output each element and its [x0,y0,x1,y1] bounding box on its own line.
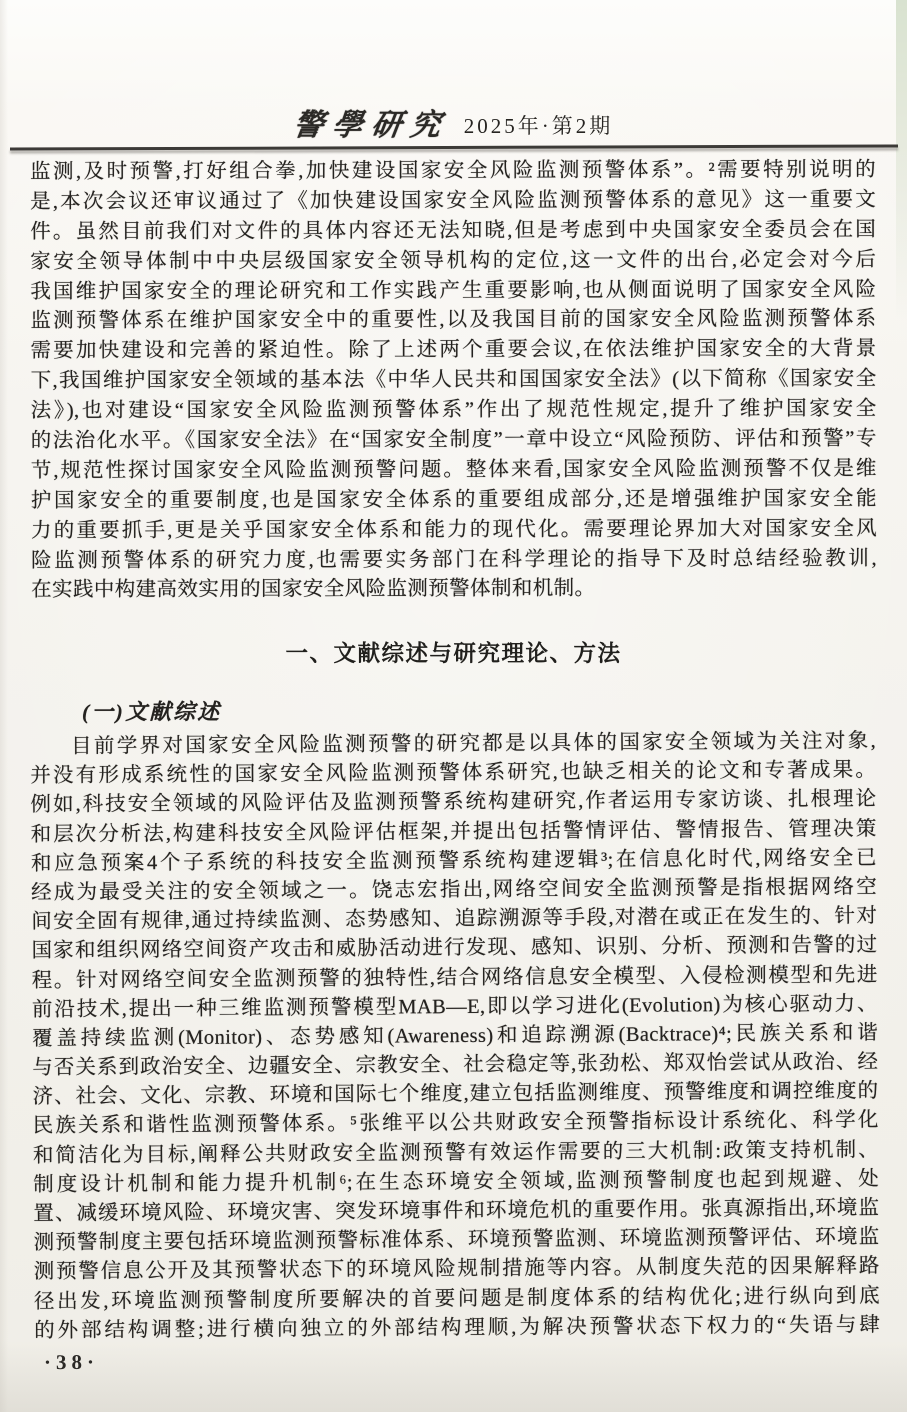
text-line: 的外部结构调整;进行横向独立的外部结构理顺,为解决预警状态下权力的“失语与肆 [34,1311,880,1346]
text-line: 监测,及时预警,打好组合拳,加快建设国家安全风险监测预警体系”。²需要特别说明的 [30,156,876,188]
text-line: 件。虽然目前我们对文件的具体内容还无法知晓,但是考虑到中央国家安全委员会在国 [30,216,876,248]
text-line: 需要加快建设和完善的紧迫性。除了上述两个重要会议,在依法维护国家安全的大背景 [30,335,876,367]
header-rule [10,144,898,150]
body-paragraph-continuation: 监测,及时预警,打好组合拳,加快建设国家安全风险监测预警体系”。²需要特别说明的… [30,156,877,607]
page-number: ·38· [44,1350,99,1375]
journal-title: 警學研究 [291,100,453,144]
text-line: 力的重要抓手,更是关乎国家安全体系和能力的现代化。需要理论界加大对国家安全风 [31,514,877,546]
text-line: 节,规范性探讨国家安全风险监测预警问题。整体来看,国家安全风险监测预警不仅是维 [31,455,877,487]
text-line: 在实践中构建高效实用的国家安全风险监测预警体制和机制。 [31,574,877,606]
text-line: 我国维护国家安全的理论研究和工作实践产生重要影响,也从侧面说明了国家安全风险 [30,275,876,307]
text-line: 监测预警体系在维护国家安全中的重要性,以及我国目前的国家安全风险监测预警体系 [30,305,876,337]
text-line: 家安全领导体制中中央层级国家安全领导机构的定位,这一文件的出台,必定会对今后 [30,245,876,277]
scan-edge-left-shadow [0,0,8,1412]
body-paragraph-literature-review: 目前学界对国家安全风险监测预警的研究都是以具体的国家安全领域为关注对象,并没有形… [30,727,880,1346]
scan-edge-right-tint [896,0,907,320]
text-line: 的法治化水平。《国家安全法》在“国家安全制度”一章中设立“风险预防、评估和预警”… [31,425,877,457]
text-line: 险监测预警体系的研究力度,也需要实务部门在科学理论的指导下及时总结经验教训, [31,544,877,576]
text-line: 法》),也对建设“国家安全风险监测预警体系”作出了规范性规定,提升了维护国家安全 [31,395,877,427]
issue-label: 2025年·第2期 [464,114,614,138]
section-heading: 一、文献综述与研究理论、方法 [0,636,907,668]
text-line: 护国家安全的重要制度,也是国家安全体系的重要组成部分,还是增强维护国家安全能 [31,485,877,517]
text-line: 下,我国维护国家安全领域的基本法《中华人民共和国国家安全法》(以下简称《国家安全 [31,365,877,397]
journal-header: 警學研究2025年·第2期 [0,100,907,144]
subsection-heading: (一)文献综述 [82,695,221,726]
text-line: 是,本次会议还审议通过了《加快建设国家安全风险监测预警体系的意见》这一重要文 [30,186,876,218]
